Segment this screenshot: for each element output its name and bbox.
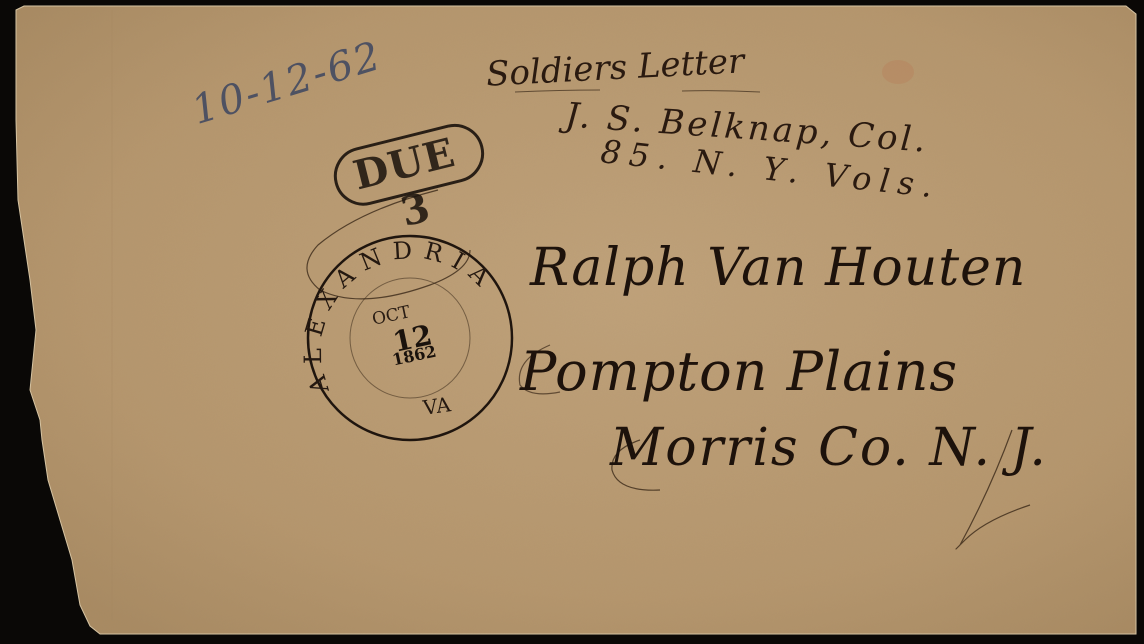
address-town: Pompton Plains xyxy=(520,340,958,403)
addressee-name: Ralph Van Houten xyxy=(530,238,1026,298)
soldiers-letter-endorsement: Soldiers Letter xyxy=(485,41,745,94)
envelope-photo: ALEXANDRIA 10-12-62 Soldiers Letter J. S… xyxy=(0,0,1144,644)
postmark-state: VA xyxy=(421,392,452,420)
pencil-date-notation: 10-12-62 xyxy=(187,33,388,134)
due-3-text: DUE 3 xyxy=(331,124,490,249)
address-county-state: Morris Co. N. J. xyxy=(610,418,1048,478)
writing-layer: 10-12-62 Soldiers Letter J. S. Belknap, … xyxy=(0,0,1144,644)
